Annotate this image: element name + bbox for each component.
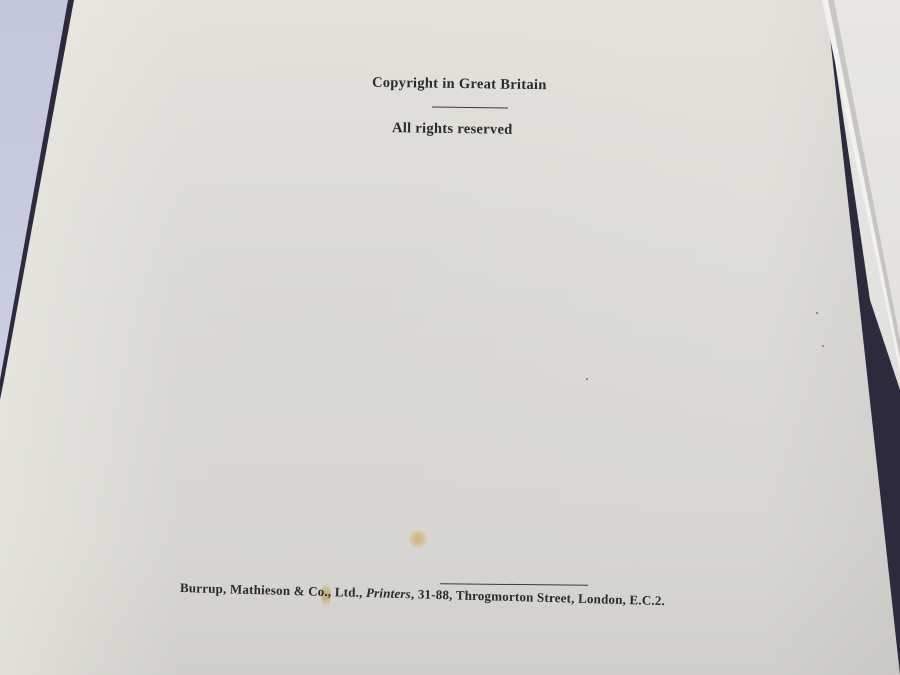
paper-speck	[586, 378, 588, 380]
imprint-divider-rule	[440, 583, 588, 586]
printer-imprint: Burrup, Mathieson & Co., Ltd., Printers,…	[180, 580, 665, 609]
imprint-address: , 31-88, Throgmorton Street, London, E.C…	[411, 586, 665, 608]
divider-rule	[432, 106, 508, 108]
copyright-heading: Copyright in Great Britain	[372, 75, 547, 94]
foxing-stain	[409, 530, 427, 548]
page-content: Copyright in Great Britain All rights re…	[0, 0, 900, 675]
rights-statement: All rights reserved	[392, 120, 513, 139]
imprint-text: Burrup, Mathieson & Co., Ltd.,	[180, 580, 366, 600]
imprint-italic: Printers	[366, 585, 411, 601]
paper-speck	[822, 345, 824, 347]
paper-speck	[816, 312, 818, 314]
